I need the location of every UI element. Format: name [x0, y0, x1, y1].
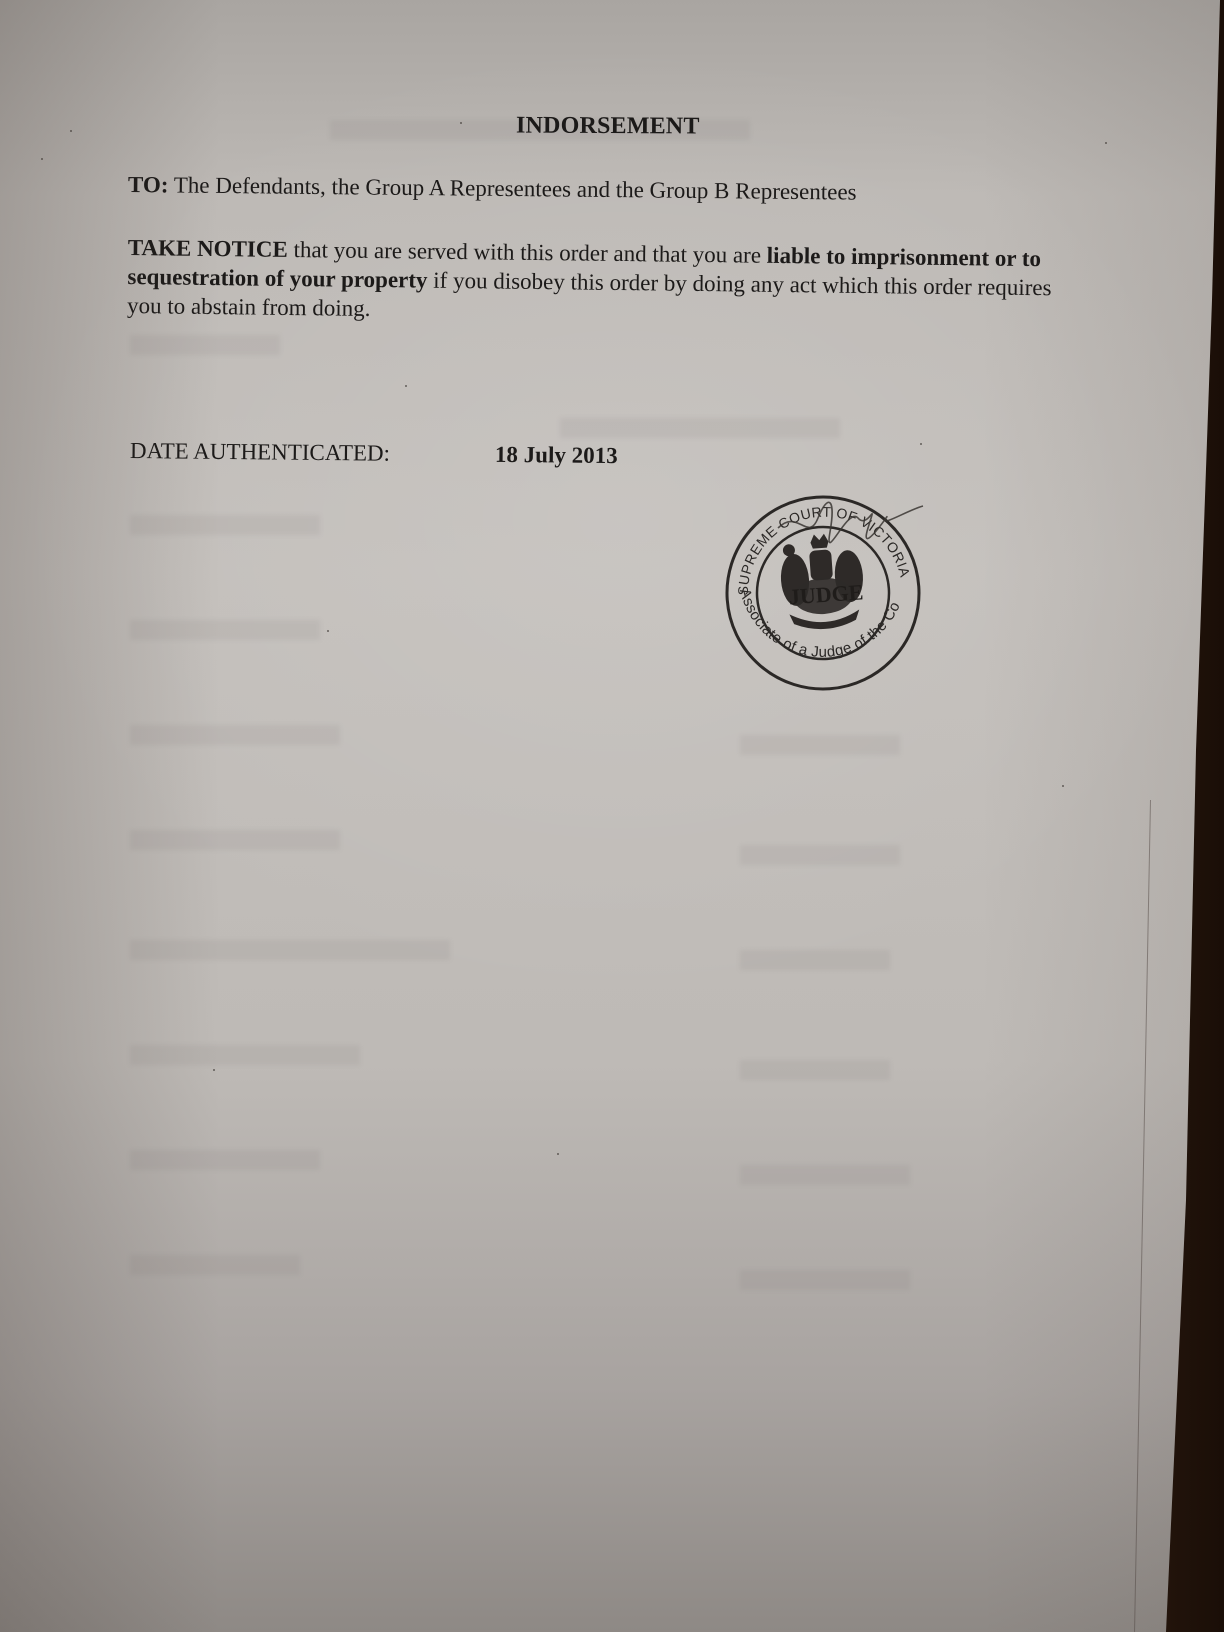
speck	[1062, 785, 1064, 787]
show-through-text	[560, 418, 840, 438]
court-seal-stamp: SUPREME COURT OF VICTORIA Associate of a…	[718, 488, 928, 698]
sheet-edge-line	[1134, 800, 1151, 1632]
speck	[920, 443, 922, 445]
document-title: INDORSEMENT	[516, 113, 700, 141]
show-through-text	[130, 830, 340, 850]
speck	[213, 1069, 215, 1071]
recipients-text: The Defendants, the Group A Representees…	[168, 172, 856, 204]
show-through-text	[740, 1165, 910, 1185]
show-through-text	[740, 950, 890, 970]
show-through-text	[740, 845, 900, 865]
speck	[405, 385, 407, 387]
show-through-text	[740, 1060, 890, 1080]
to-label: TO:	[128, 172, 169, 197]
speck	[1105, 142, 1107, 144]
show-through-text	[130, 1045, 360, 1065]
notice-lead: TAKE NOTICE	[128, 235, 288, 262]
date-authenticated-label: DATE AUTHENTICATED:	[130, 438, 495, 468]
recipients-line: TO: The Defendants, the Group A Represen…	[128, 172, 857, 206]
document-page: INDORSEMENT TO: The Defendants, the Grou…	[0, 0, 1224, 1632]
stamp-center-text: JUDGE	[788, 579, 864, 609]
show-through-text	[130, 335, 280, 355]
show-through-text	[130, 620, 320, 640]
speck	[460, 122, 462, 124]
show-through-text	[130, 940, 450, 960]
speck	[557, 1153, 559, 1155]
date-authenticated-row: DATE AUTHENTICATED:18 July 2013	[130, 438, 618, 469]
show-through-text	[130, 1255, 300, 1275]
speck	[70, 130, 72, 132]
date-authenticated-value: 18 July 2013	[495, 442, 618, 468]
show-through-text	[130, 515, 320, 535]
notice-text-1: that you are served with this order and …	[288, 237, 767, 268]
show-through-text	[130, 1150, 320, 1170]
notice-paragraph: TAKE NOTICE that you are served with thi…	[127, 233, 1088, 332]
speck	[41, 158, 43, 160]
show-through-text	[130, 725, 340, 745]
speck	[327, 630, 329, 632]
show-through-text	[740, 1270, 910, 1290]
show-through-text	[740, 735, 900, 755]
